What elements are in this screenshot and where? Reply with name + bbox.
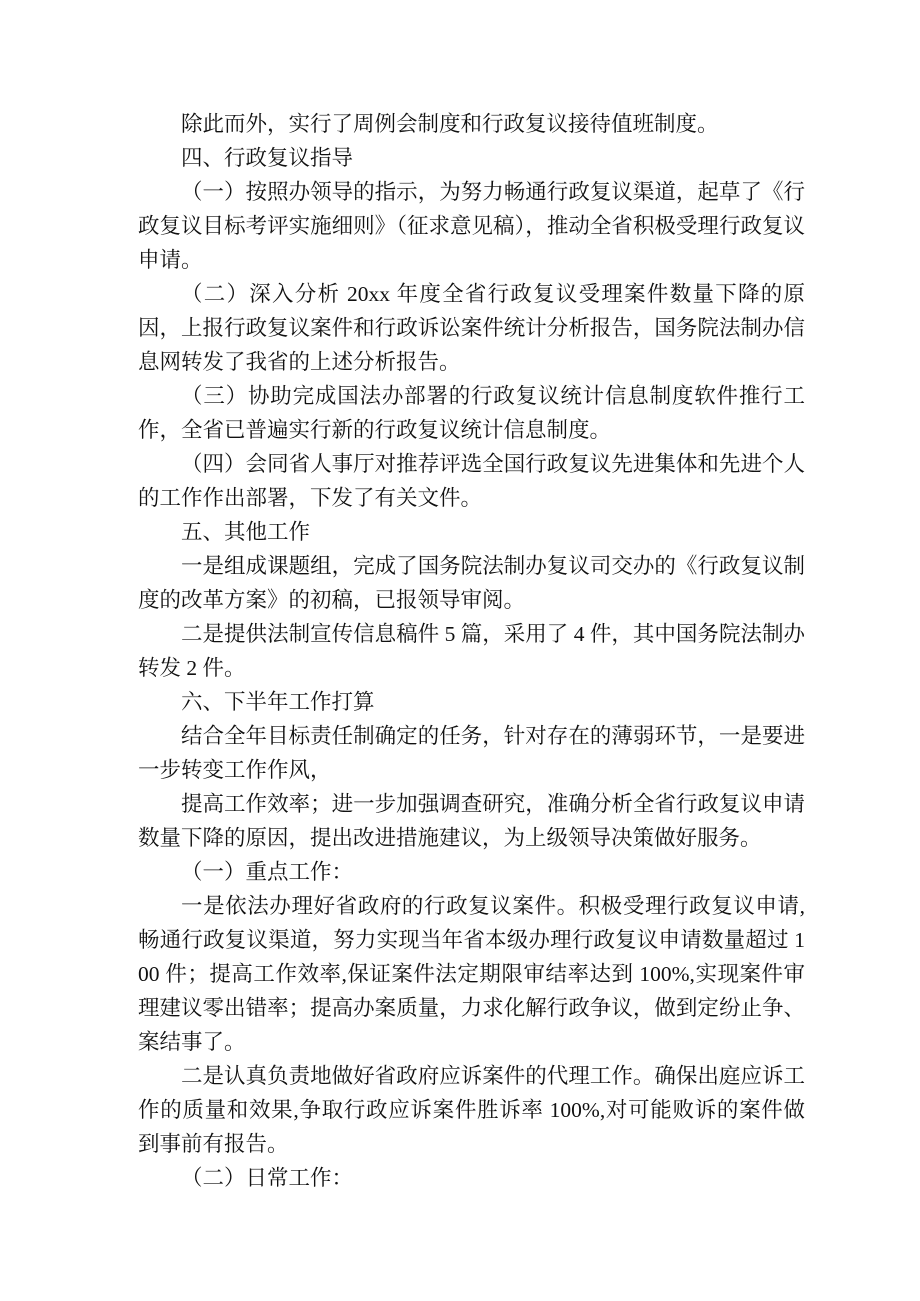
section-heading: 五、其他工作 bbox=[138, 515, 805, 549]
paragraph: 一是依法办理好省政府的行政复议案件。积极受理行政复议申请,畅通行政复议渠道，努力… bbox=[138, 889, 805, 1059]
paragraph: 结合全年目标责任制确定的任务，针对存在的薄弱环节，一是要进一步转变工作作风， bbox=[138, 719, 805, 787]
paragraph: （二）深入分析 20xx 年度全省行政复议受理案件数量下降的原因，上报行政复议案… bbox=[138, 277, 805, 379]
paragraph: 二是提供法制宣传信息稿件 5 篇，采用了 4 件，其中国务院法制办转发 2 件。 bbox=[138, 617, 805, 685]
document-page: 除此而外，实行了周例会制度和行政复议接待值班制度。四、行政复议指导（一）按照办领… bbox=[0, 0, 920, 1301]
section-heading: 四、行政复议指导 bbox=[138, 141, 805, 175]
paragraph: （一）重点工作： bbox=[138, 855, 805, 889]
paragraph: （二）日常工作： bbox=[138, 1161, 805, 1195]
paragraph: 提高工作效率；进一步加强调查研究，准确分析全省行政复议申请数量下降的原因，提出改… bbox=[138, 787, 805, 855]
paragraph: 二是认真负责地做好省政府应诉案件的代理工作。确保出庭应诉工作的质量和效果,争取行… bbox=[138, 1059, 805, 1161]
paragraph: （三）协助完成国法办部署的行政复议统计信息制度软件推行工作，全省已普遍实行新的行… bbox=[138, 379, 805, 447]
document-body: 除此而外，实行了周例会制度和行政复议接待值班制度。四、行政复议指导（一）按照办领… bbox=[138, 107, 805, 1195]
paragraph: 一是组成课题组，完成了国务院法制办复议司交办的《行政复议制度的改革方案》的初稿，… bbox=[138, 549, 805, 617]
paragraph: （一）按照办领导的指示，为努力畅通行政复议渠道，起草了《行政复议目标考评实施细则… bbox=[138, 175, 805, 277]
section-heading: 六、下半年工作打算 bbox=[138, 685, 805, 719]
paragraph: （四）会同省人事厅对推荐评选全国行政复议先进集体和先进个人的工作作出部署，下发了… bbox=[138, 447, 805, 515]
paragraph: 除此而外，实行了周例会制度和行政复议接待值班制度。 bbox=[138, 107, 805, 141]
